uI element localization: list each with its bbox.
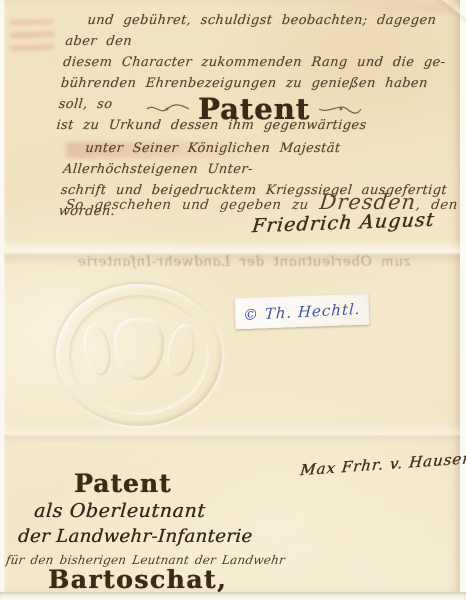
script-line: diesem Character zukommenden Rang und di… — [62, 52, 466, 73]
paper-sheet: und gebühret, schuldigst beobachten; dag… — [4, 0, 460, 592]
cover-title: Patent — [74, 469, 172, 498]
embossed-seal-icon — [56, 284, 222, 426]
fold-crease — [4, 424, 460, 444]
dateline-prefix: So geschehen und gegeben zu — [65, 197, 310, 213]
copyright-label: © Th. Hechtl. — [234, 294, 369, 330]
scan-edge — [0, 592, 466, 600]
flourish-right-icon — [318, 101, 362, 117]
patent-heading: Patent — [198, 92, 310, 126]
ink-bleedthrough — [10, 20, 54, 58]
bleedthrough-line: zum Oberleutnant der Landwehr-Infanterie — [43, 254, 445, 270]
copyright-label-text: © Th. Hechtl. — [243, 299, 361, 323]
script-line: unter Seiner Königlichen Majestät Allerh… — [62, 138, 466, 180]
cover-unit-line: der Landwehr-Infanterie — [17, 526, 253, 547]
minister-signature: Max Frhr. v. Hausen. — [299, 449, 466, 480]
document-scan: und gebühret, schuldigst beobachten; dag… — [0, 0, 466, 600]
patent-heading-row: Patent — [124, 92, 384, 126]
flourish-left-icon — [146, 101, 190, 117]
script-line: und gebühret, schuldigst beobachten; dag… — [64, 10, 466, 52]
cover-rank-line: als Oberleutnant — [33, 500, 206, 522]
cover-name-line: Bartoschat, — [48, 565, 227, 594]
